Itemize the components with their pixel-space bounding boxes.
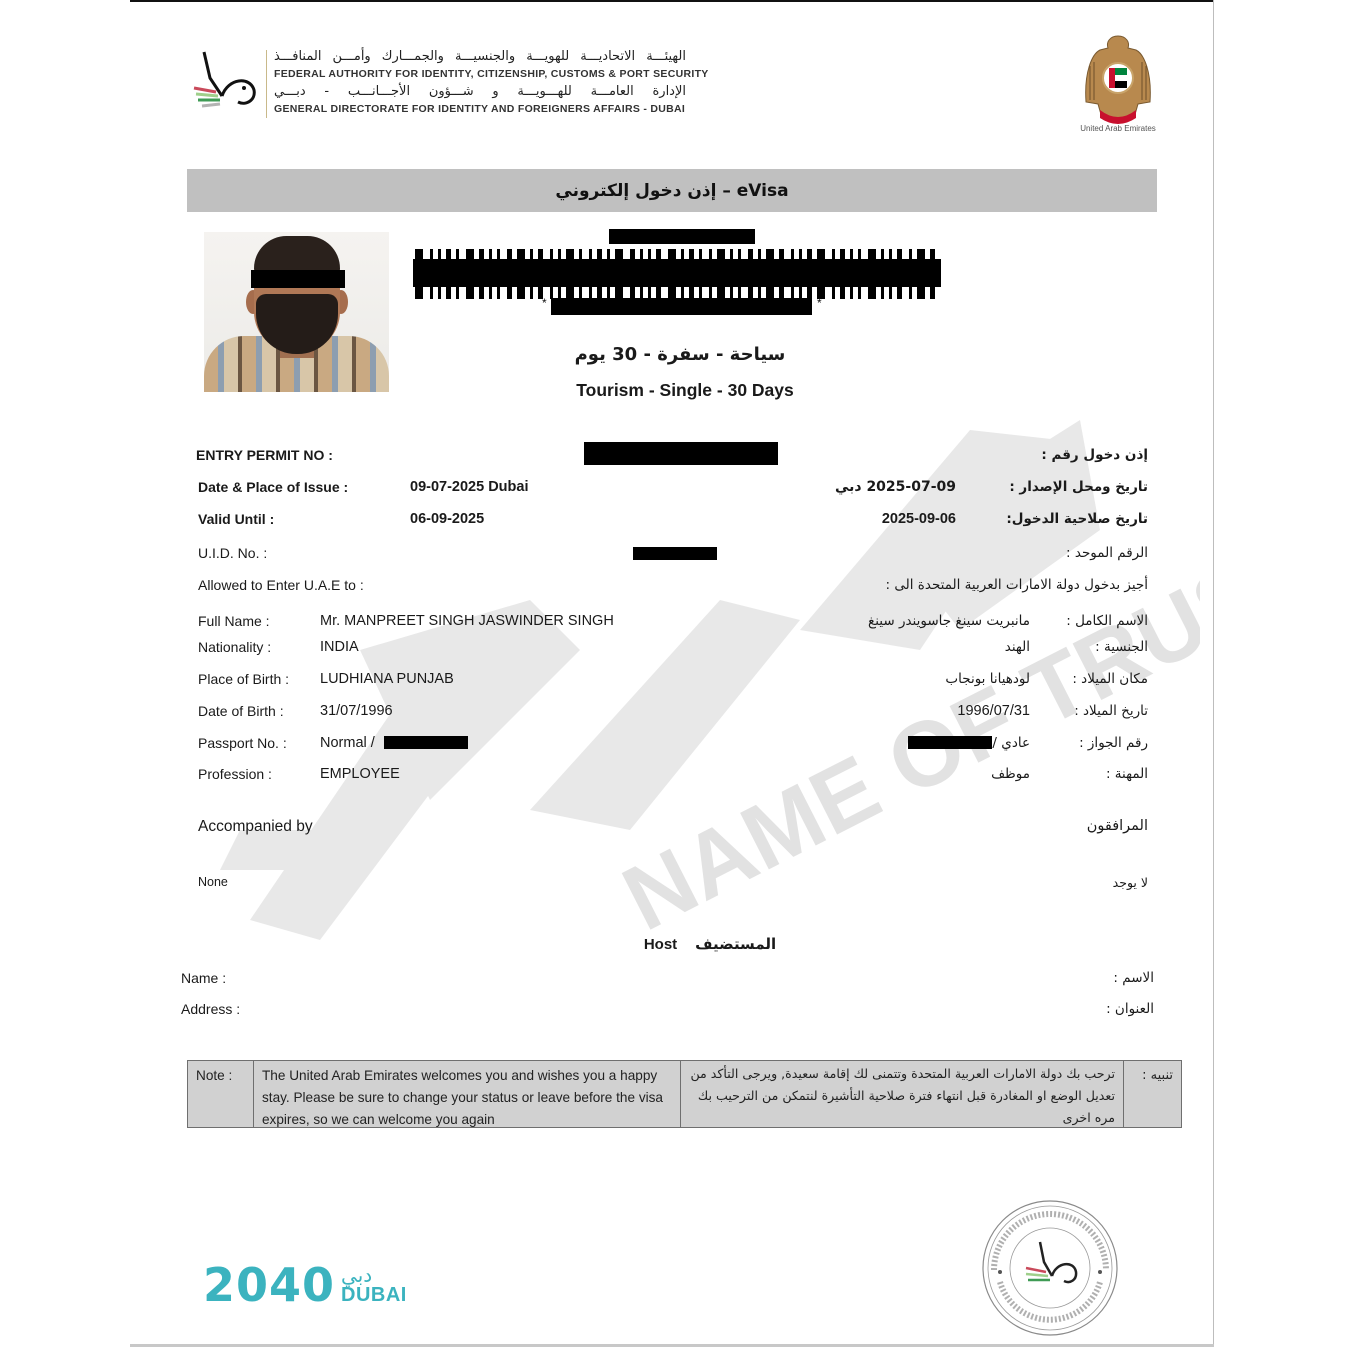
full-name-label: Full Name :	[198, 613, 270, 629]
note-table: Note : The United Arab Emirates welcomes…	[187, 1060, 1182, 1128]
page-right-border	[1213, 0, 1214, 1347]
evisa-title-banner: إذن دخول إلكتروني – eVisa	[187, 169, 1157, 212]
place-of-birth-label: Place of Birth :	[198, 671, 289, 687]
host-name-label: Name :	[181, 970, 226, 986]
nationality-label-ar: الجنسية :	[1095, 639, 1148, 655]
uid-label: U.I.D. No. :	[198, 545, 267, 561]
vision-number: 2040	[203, 1262, 335, 1308]
date-of-birth-label-ar: تاريخ الميلاد :	[1074, 703, 1148, 719]
nationality-value-ar: الهند	[1005, 639, 1030, 655]
header-divider	[266, 50, 267, 118]
nationality-label: Nationality :	[198, 639, 271, 655]
barcode-icon	[413, 249, 941, 299]
full-name-label-ar: الاسم الكامل :	[1066, 613, 1148, 629]
date-of-birth-label: Date of Birth :	[198, 703, 284, 719]
note-text-ar: ترحب بك دولة الامارات العربية المتحدة وت…	[681, 1061, 1124, 1127]
vision-en: DUBAI	[341, 1285, 407, 1305]
barcode-star-right: *	[817, 296, 822, 310]
issue-value-ar: 2025-07-09 دبي	[835, 479, 956, 495]
evisa-title: إذن دخول إلكتروني – eVisa	[555, 181, 788, 201]
passport-type-value: Normal /	[320, 735, 375, 751]
issue-label-ar: تاريخ ومحل الإصدار :	[1009, 479, 1148, 495]
visa-type-en: Tourism - Single - 30 Days	[440, 380, 930, 401]
host-address-label: Address :	[181, 1001, 240, 1017]
falcon-logo-icon	[192, 48, 262, 114]
accompanied-label: Accompanied by	[198, 818, 313, 836]
entry-permit-value-redacted	[584, 442, 778, 465]
note-label-ar: تنبيه :	[1124, 1061, 1181, 1127]
date-of-birth-value-ar: 1996/07/31	[957, 703, 1030, 719]
place-of-birth-label-ar: مكان الميلاد :	[1072, 671, 1148, 687]
host-address-label-ar: العنوان :	[1106, 1001, 1154, 1017]
page-top-border	[130, 0, 1214, 2]
uid-value-redacted	[633, 547, 717, 560]
page-bottom-border	[130, 1344, 1214, 1347]
valid-until-label-ar: تاريخ صلاحية الدخول:	[1006, 511, 1148, 527]
authority-name-en: FEDERAL AUTHORITY FOR IDENTITY, CITIZENS…	[274, 66, 686, 83]
host-title-ar: المستضيف	[695, 935, 776, 953]
host-section-title: Hostالمستضيف	[560, 935, 860, 953]
visa-type-ar: سياحة - سفرة - 30 يوم	[440, 344, 920, 365]
note-text-en: The United Arab Emirates welcomes you an…	[254, 1061, 681, 1127]
valid-until-value: 06-09-2025	[410, 511, 484, 527]
authority-name-ar: الهيئـــة الاتحاديـــة للهويـــة والجنسي…	[274, 48, 686, 66]
profession-label-ar: المهنة :	[1106, 766, 1148, 782]
passport-label-ar: رقم الجواز :	[1079, 735, 1148, 751]
accompanied-value-ar: لا يوجد	[1113, 875, 1148, 890]
valid-until-label: Valid Until :	[198, 511, 274, 527]
entry-permit-label: ENTRY PERMIT NO :	[196, 447, 333, 463]
accompanied-value: None	[198, 875, 228, 889]
passport-number-ar-redacted	[908, 736, 992, 749]
place-of-birth-value-ar: لودهيانا بونجاب	[945, 671, 1030, 687]
uae-emblem-icon	[1078, 28, 1158, 136]
applicant-photo	[204, 232, 389, 392]
profession-label: Profession :	[198, 766, 272, 782]
allowed-label: Allowed to Enter U.A.E to :	[198, 577, 364, 593]
issue-value: 09-07-2025 Dubai	[410, 479, 528, 495]
accompanied-label-ar: المرافقون	[1087, 818, 1148, 834]
nationality-value: INDIA	[320, 639, 359, 655]
passport-type-value-ar: عادي /	[992, 735, 1030, 751]
valid-until-value-ar: 2025-09-06	[882, 511, 956, 527]
note-label: Note :	[188, 1061, 254, 1127]
passport-number-redacted	[384, 736, 468, 749]
profession-value: EMPLOYEE	[320, 766, 400, 782]
host-title-en: Host	[644, 936, 677, 953]
barcode-star-left: *	[542, 296, 547, 310]
place-of-birth-value: LUDHIANA PUNJAB	[320, 671, 454, 687]
official-seal-icon	[980, 1198, 1120, 1338]
photo-redaction-bar	[251, 270, 345, 288]
full-name-value-ar: مانبريت سينغ جاسويندر سينغ	[868, 613, 1030, 629]
allowed-label-ar: أجيز بدخول دولة الامارات العربية المتحدة…	[886, 577, 1148, 593]
passport-label: Passport No. :	[198, 735, 287, 751]
barcode-number-redaction	[551, 298, 812, 315]
vision-ar: دبي	[341, 1265, 407, 1285]
directorate-name-en: GENERAL DIRECTORATE FOR IDENTITY AND FOR…	[274, 101, 686, 118]
profession-value-ar: موظف	[991, 766, 1030, 782]
uid-label-ar: الرقم الموحد :	[1066, 545, 1148, 561]
date-of-birth-value: 31/07/1996	[320, 703, 393, 719]
barcode-top-redaction	[609, 229, 755, 244]
directorate-name-ar: الإدارة العامـــة للهـــويـــة و شـــؤون…	[274, 83, 686, 101]
full-name-value: Mr. MANPREET SINGH JASWINDER SINGH	[320, 613, 614, 629]
issue-label: Date & Place of Issue :	[198, 479, 348, 495]
entry-permit-label-ar: إذن دخول رقم :	[1041, 447, 1148, 463]
host-name-label-ar: الاسم :	[1113, 970, 1154, 986]
authority-name-block: الهيئـــة الاتحاديـــة للهويـــة والجنسي…	[274, 48, 686, 118]
emblem-caption: United Arab Emirates	[1070, 124, 1166, 133]
dubai-2040-logo: 2040 دبي DUBAI	[203, 1262, 407, 1308]
